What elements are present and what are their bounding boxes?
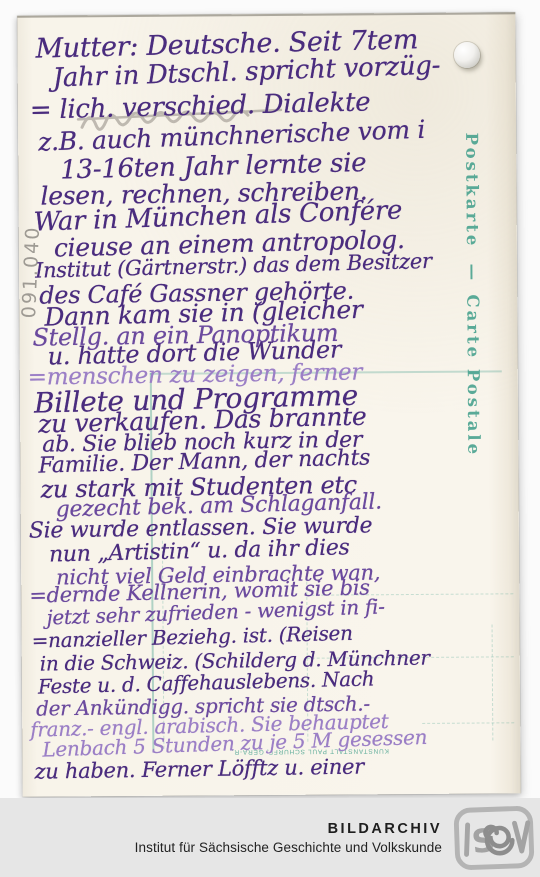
handwritten-message: Mutter: Deutsche. Seit 7temJahr in Dtsch… xyxy=(17,14,520,796)
archive-title: BILDARCHIV xyxy=(135,821,442,837)
postcard-scan: Postkarte — Carte Postale KUNSTANSTALT P… xyxy=(17,12,520,796)
archive-subtitle: Institut für Sächsische Geschichte und V… xyxy=(135,840,442,855)
archive-banner-text: BILDARCHIV Institut für Sächsische Gesch… xyxy=(135,821,442,855)
handwriting-line: zu haben. Ferner Löfftz u. einer xyxy=(34,756,364,782)
scan-page: Postkarte — Carte Postale KUNSTANSTALT P… xyxy=(0,0,540,877)
pin-hole xyxy=(454,42,480,68)
archive-banner: BILDARCHIV Institut für Sächsische Gesch… xyxy=(0,798,540,877)
isgv-logo: S xyxy=(452,804,536,872)
